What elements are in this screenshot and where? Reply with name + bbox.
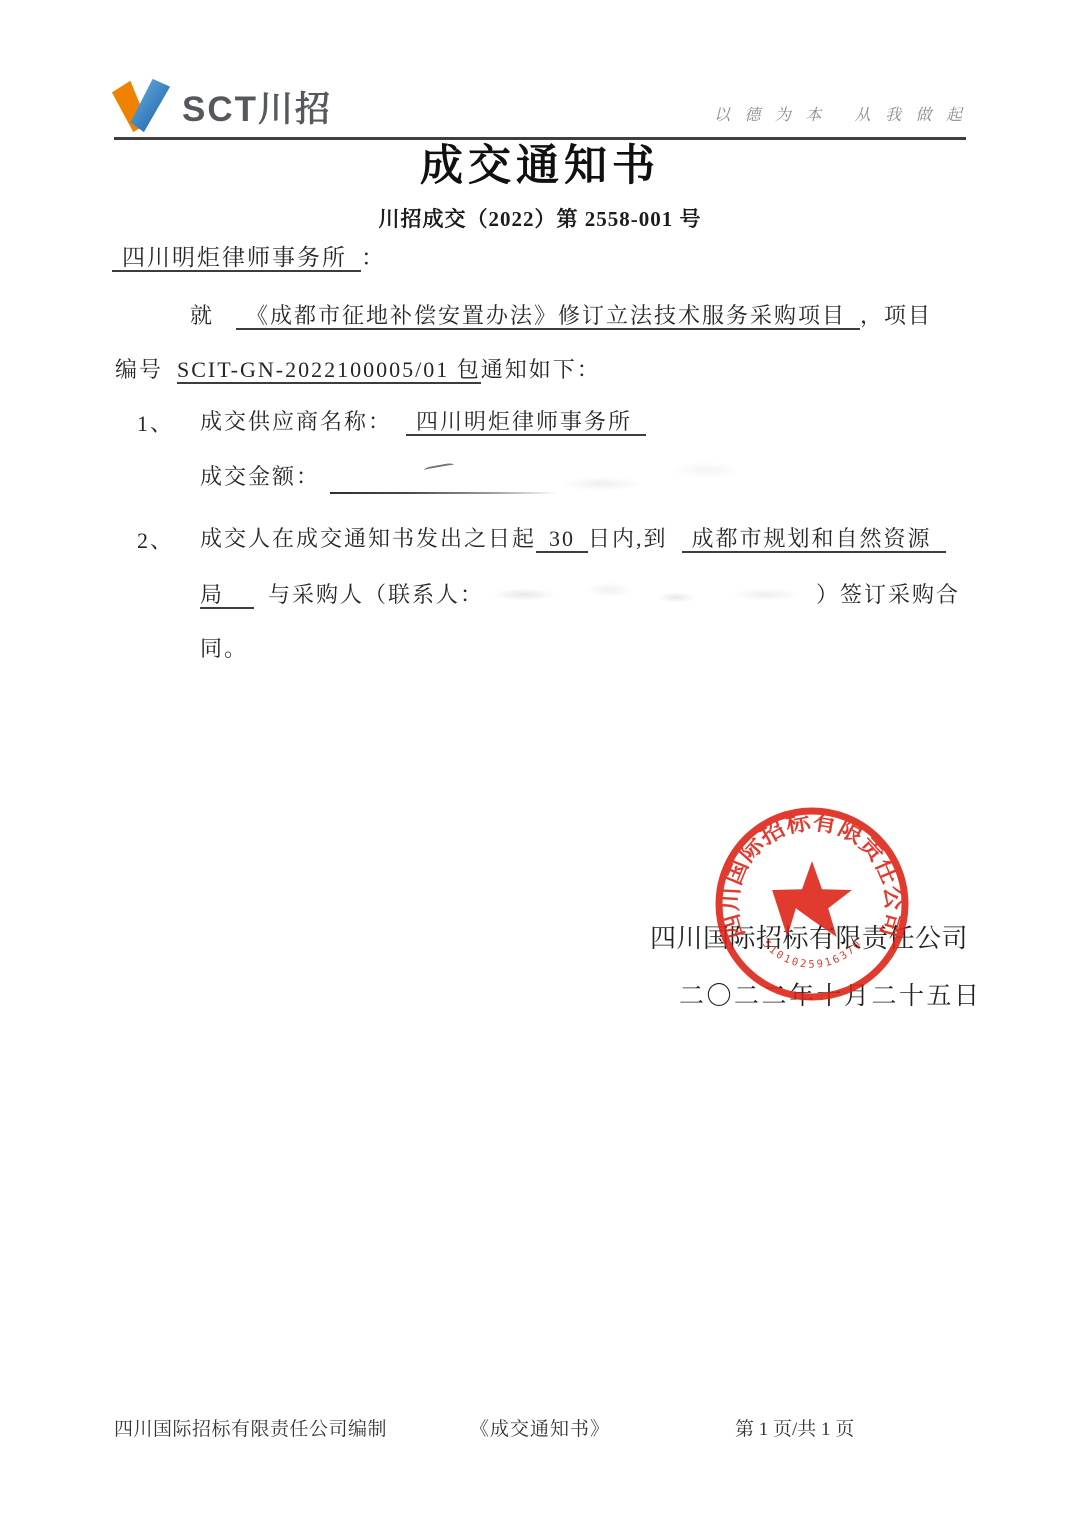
logo-text: SCT川招 [182,84,332,127]
days-value: 30 [536,526,588,553]
item2-seg3: 与采购人（联系人： [268,582,484,607]
intro-after-project: ，项目 [860,303,932,328]
intro-after-code: 通知如下： [481,357,601,382]
recipient-line: 四川明炬律师事务所： [112,242,386,273]
amount-label: 成交金额： [200,464,320,489]
footer-doc-name: 《成交通知书》 [0,1414,1080,1441]
seal-star-icon [772,861,852,937]
amount-redaction-ghost [545,450,775,495]
document-page: SCT川招 以 德 为 本 从 我 做 起 成交通知书 川招成交（2022）第 … [0,0,1080,1527]
item2-seg4: ）签订采购合 [816,582,960,607]
page-title: 成交通知书 [0,143,1080,190]
code-label: 编号 [115,357,163,382]
item2-line-1: 成交人在成交通知书发出之日起30日内,到成都市规划和自然资源 [200,524,946,554]
amount-redaction-mark [424,462,454,472]
header-divider [114,137,966,140]
intro-line-1: 就《成都市征地补偿安置办法》修订立法技术服务采购项目，项目 [190,301,932,331]
amount-blank-underline [330,492,558,494]
recipient-name: 四川明炬律师事务所 [112,245,361,272]
document-number: 川招成交（2022）第 2558-001 号 [0,203,1080,233]
project-name: 《成都市征地补偿安置办法》修订立法技术服务采购项目 [236,303,860,330]
header-slogan: 以 德 为 本 从 我 做 起 [714,102,967,125]
item2-seg5: 同。 [200,636,248,661]
intro-line-2: 编号SCIT-GN-2022100005/01 包通知如下： [115,355,601,385]
item2-line-3: 同。 [200,634,248,664]
purchaser-org-part1: 成都市规划和自然资源 [682,526,946,553]
item2-number: 2、 [137,524,174,555]
recipient-colon: ： [361,245,386,270]
company-logo: SCT川招 [110,76,332,134]
svg-text:5101025916370: 5101025916370 [760,937,865,971]
logo-v-icon [110,76,172,134]
footer-page-number: 第 1 页/共 1 页 [735,1414,854,1441]
purchaser-org-part2: 局 [200,582,254,609]
item2-seg1: 成交人在成交通知书发出之日起 [200,526,536,551]
contact-redacted-area [484,578,816,608]
supplier-name: 四川明炬律师事务所 [406,409,646,436]
seal-code-text: 5101025916370 [760,937,865,971]
item1-line-2: 成交金额： [200,462,320,492]
item2-line-2: 局与采购人（联系人：）签订采购合 [200,578,960,610]
item1-number: 1、 [137,407,174,438]
item2-seg2: 日内,到 [588,526,668,551]
intro-lead: 就 [190,303,214,328]
company-seal-stamp: 四川国际招标有限责任公司 5101025916370 [712,804,912,1004]
supplier-label: 成交供应商名称： [200,409,392,434]
project-code: SCIT-GN-2022100005/01 包 [177,357,481,384]
item1-line-1: 成交供应商名称：四川明炬律师事务所 [200,407,646,437]
